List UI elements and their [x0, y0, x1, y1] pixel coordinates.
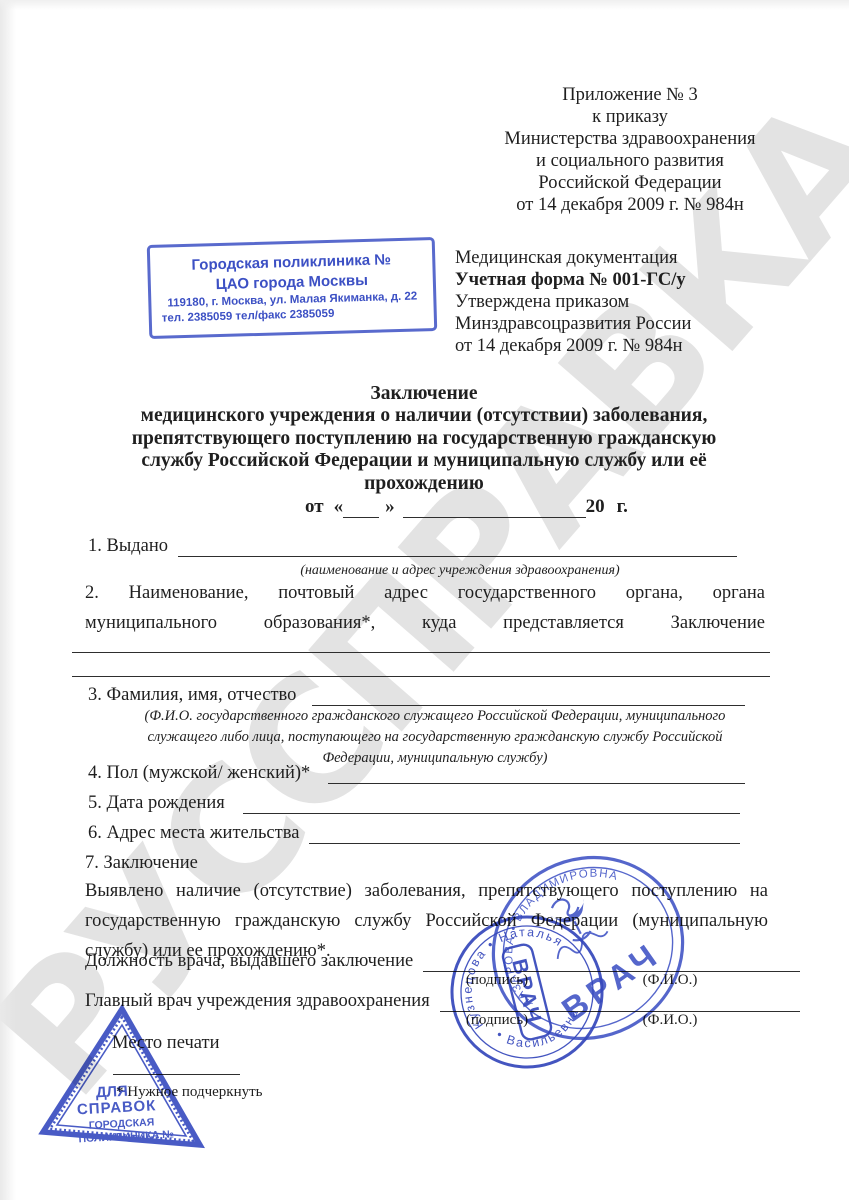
conclusion-text2: государственную гражданскую службу Росси…	[85, 911, 768, 931]
chief-signature-blank	[440, 991, 800, 1012]
doctor-signature-label: Должность врача, выдавшего заключение	[85, 950, 413, 972]
scanned-document-page: РУССПРАВКА Приложение № 3 к приказу Мини…	[0, 0, 849, 1200]
field-name-row: 3. Фамилия, имя, отчество	[88, 684, 745, 706]
appendix-header: Приложение № 3 к приказу Министерства зд…	[420, 84, 840, 216]
date-from: от	[305, 496, 324, 518]
field-address-row: 6. Адрес места жительства	[88, 822, 740, 844]
field-name-caption-line: (Ф.И.О. государственного гражданского сл…	[110, 706, 760, 727]
conclusion-text1: Выявлено наличие (отсутствие) заболевани…	[85, 881, 768, 901]
field-issued-label: 1. Выдано	[88, 535, 168, 557]
field-address-blank	[309, 823, 740, 844]
chief-sign-caption: (подпись)	[442, 1012, 552, 1029]
field-sex-blank	[328, 763, 745, 784]
field-org-blank-2	[72, 656, 770, 677]
date-year: 20	[586, 496, 605, 518]
appendix-line: Российской Федерации	[420, 172, 840, 194]
appendix-line: от 14 декабря 2009 г. № 984н	[420, 194, 840, 216]
chief-signature-row: Главный врач учреждения здравоохранения	[85, 990, 800, 1012]
field-org-text1: 2. Наименование, почтовый адрес государс…	[85, 583, 765, 603]
footnote-divider	[113, 1058, 240, 1075]
date-line: от « » 20 г.	[305, 496, 628, 518]
field-name-caption: (Ф.И.О. государственного гражданского сл…	[110, 706, 760, 769]
doctor-sign-caption: (подпись)	[442, 972, 552, 989]
doctor-signature-row: Должность врача, выдавшего заключение	[85, 950, 800, 972]
appendix-line: и социального развития	[420, 150, 840, 172]
date-month-blank	[403, 499, 586, 518]
field-conclusion-label: 7. Заключение	[85, 848, 198, 878]
document-title: Заключение медицинского учреждения о нал…	[58, 383, 790, 495]
field-address-label: 6. Адрес места жительства	[88, 822, 299, 844]
field-issued-row: 1. Выдано	[88, 535, 737, 557]
form-info-block: Медицинская документация Учетная форма №…	[455, 247, 835, 357]
date-year-unit: г.	[617, 496, 628, 518]
close-quote: »	[385, 496, 395, 518]
field-name-caption-line: служащего либо лица, поступающего на гос…	[110, 727, 760, 748]
document-content: Приложение № 3 к приказу Министерства зд…	[0, 0, 849, 1200]
field-sex-row: 4. Пол (мужской/ женский)*	[88, 762, 745, 784]
title-line: службу Российской Федерации и муниципаль…	[58, 450, 790, 472]
field-name-label: 3. Фамилия, имя, отчество	[88, 684, 296, 706]
title-line: медицинского учреждения о наличии (отсут…	[58, 405, 790, 427]
open-quote: «	[334, 496, 344, 518]
title-line: Заключение	[58, 383, 790, 405]
field-birthdate-label: 5. Дата рождения	[88, 792, 225, 814]
field-issued-blank	[178, 536, 737, 557]
form-info-line: Минздравсоцразвития России	[455, 313, 835, 335]
field-birthdate-row: 5. Дата рождения	[88, 792, 740, 814]
clinic-rect-stamp: Городская поликлиника № ЦАО города Москв…	[147, 237, 438, 339]
form-info-line: Медицинская документация	[455, 247, 835, 269]
form-info-line: Утверждена приказом	[455, 291, 835, 313]
seal-place-label: Место печати	[112, 1028, 219, 1058]
appendix-line: к приказу	[420, 106, 840, 128]
form-info-line: от 14 декабря 2009 г. № 984н	[455, 335, 835, 357]
field-name-blank	[312, 685, 745, 706]
title-line: прохождению	[58, 473, 790, 495]
chief-signature-label: Главный врач учреждения здравоохранения	[85, 990, 430, 1012]
chief-name-caption: (Ф.И.О.)	[615, 1012, 725, 1029]
doctor-name-caption: (Ф.И.О.)	[615, 972, 725, 989]
title-line: препятствующего поступлению на государст…	[58, 428, 790, 450]
doctor-signature-blank	[423, 951, 800, 972]
form-number: Учетная форма № 001-ГС/у	[455, 269, 835, 291]
appendix-line: Приложение № 3	[420, 84, 840, 106]
footnote: * Нужное подчеркнуть	[116, 1084, 263, 1101]
field-org-text2: муниципального образования*, куда предст…	[85, 613, 765, 633]
field-sex-label: 4. Пол (мужской/ женский)*	[88, 762, 310, 784]
appendix-line: Министерства здравоохранения	[420, 128, 840, 150]
date-day-blank	[343, 499, 379, 518]
field-birthdate-blank	[243, 793, 740, 814]
field-org-blank-1	[72, 632, 770, 653]
